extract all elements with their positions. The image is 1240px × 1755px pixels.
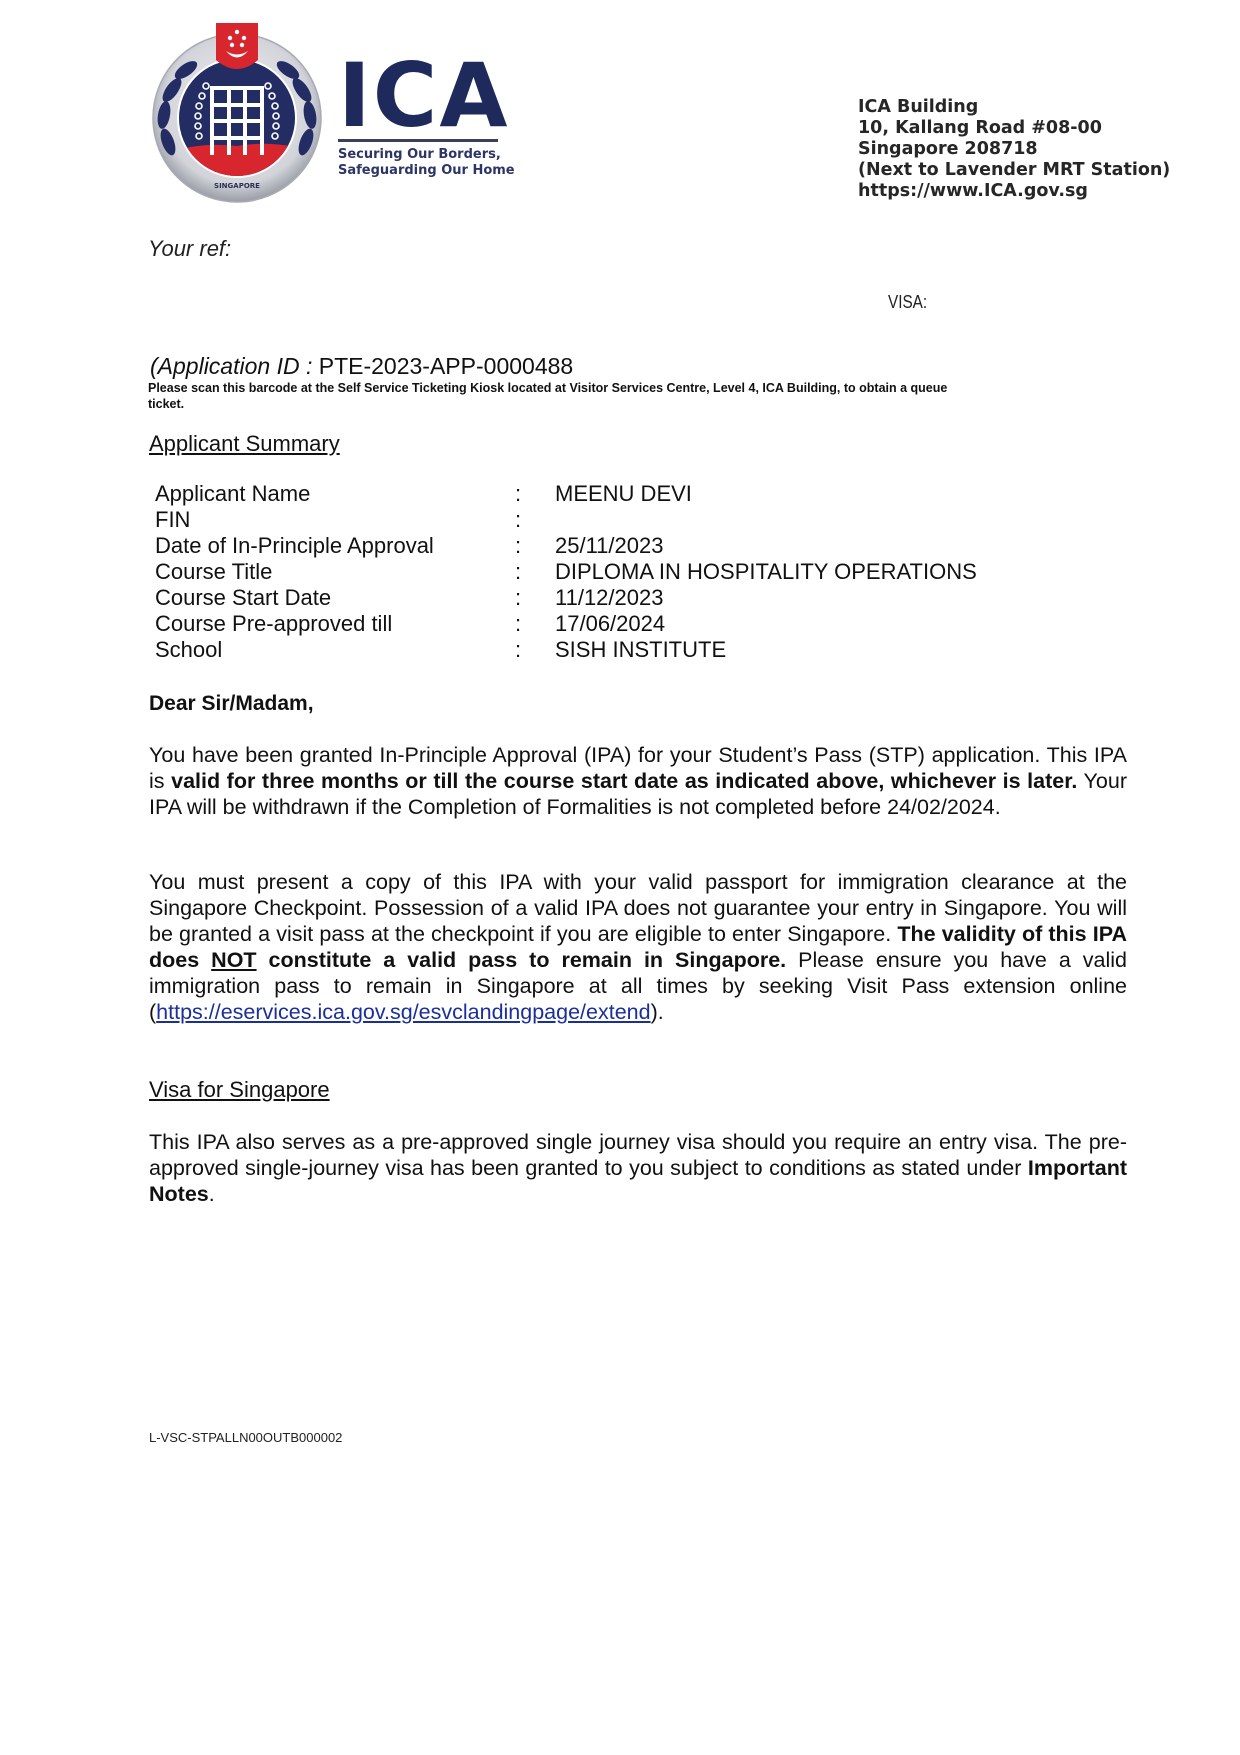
para2-bold-2: constitute a valid pass to remain in Sin… [257, 948, 787, 972]
summary-row: Course Pre-approved till:17/06/2024 [155, 611, 977, 637]
salutation: Dear Sir/Madam, [149, 692, 314, 716]
para1-validity-bold: valid for three months or till the cours… [171, 769, 1077, 793]
para3-period: . [209, 1182, 215, 1206]
summary-row: School:SISH INSTITUTE [155, 637, 977, 663]
tagline-line-1: Securing Our Borders, [338, 147, 515, 163]
summary-row: Applicant Name:MEENU DEVI [155, 481, 977, 507]
summary-label: FIN [155, 507, 515, 533]
summary-label: Course Start Date [155, 585, 515, 611]
address-line-2: 10, Kallang Road #08-00 [858, 118, 1170, 139]
application-id-separator: : [300, 353, 319, 379]
application-id-value: PTE-2023-APP-0000488 [319, 353, 573, 379]
document-code: L-VSC-STPALLN00OUTB000002 [149, 1430, 342, 1445]
visit-pass-extension-link[interactable]: https://eservices.ica.gov.sg/esvclanding… [156, 1000, 650, 1024]
immigration-clearance-paragraph: You must present a copy of this IPA with… [149, 869, 1127, 1025]
summary-separator: : [515, 481, 555, 507]
summary-value: 11/12/2023 [555, 585, 663, 611]
your-ref-label: Your ref: [148, 236, 231, 262]
address-website: https://www.ICA.gov.sg [858, 181, 1170, 202]
summary-label: Course Title [155, 559, 515, 585]
summary-label: Date of In-Principle Approval [155, 533, 515, 559]
ica-wordmark: ICA [338, 52, 509, 140]
applicant-summary-table: Applicant Name:MEENU DEVIFIN:Date of In-… [155, 481, 977, 663]
summary-value: MEENU DEVI [555, 481, 692, 507]
summary-label: School [155, 637, 515, 663]
logo-tagline: Securing Our Borders, Safeguarding Our H… [338, 147, 515, 179]
address-line-1: ICA Building [858, 97, 1170, 118]
tagline-line-2: Safeguarding Our Home [338, 163, 515, 179]
summary-value: 25/11/2023 [555, 533, 663, 559]
summary-separator: : [515, 533, 555, 559]
application-id-prefix: (Application ID [150, 353, 300, 379]
svg-text:SINGAPORE: SINGAPORE [214, 182, 260, 190]
visa-section-title: Visa for Singapore [149, 1077, 330, 1103]
summary-label: Course Pre-approved till [155, 611, 515, 637]
visa-label: VISA: [888, 292, 927, 313]
ipa-granted-paragraph: You have been granted In-Principle Appro… [149, 742, 1127, 820]
summary-separator: : [515, 559, 555, 585]
summary-value: SISH INSTITUTE [555, 637, 726, 663]
applicant-summary-title: Applicant Summary [149, 431, 340, 457]
summary-row: Date of In-Principle Approval:25/11/2023 [155, 533, 977, 559]
para2-closing: ). [651, 1000, 664, 1024]
address-line-3: Singapore 208718 [858, 139, 1170, 160]
address-line-4: (Next to Lavender MRT Station) [858, 160, 1170, 181]
para2-not-emphasis: NOT [211, 948, 256, 972]
application-id-line: (Application ID : PTE-2023-APP-0000488 [150, 353, 573, 380]
summary-separator: : [515, 507, 555, 533]
ica-crest-emblem-icon: SINGAPORE [150, 20, 325, 205]
barcode-scan-note: Please scan this barcode at the Self Ser… [148, 380, 968, 412]
summary-value: 17/06/2024 [555, 611, 665, 637]
office-address: ICA Building 10, Kallang Road #08-00 Sin… [858, 97, 1170, 202]
summary-label: Applicant Name [155, 481, 515, 507]
visa-paragraph: This IPA also serves as a pre-approved s… [149, 1129, 1127, 1207]
summary-separator: : [515, 611, 555, 637]
summary-row: FIN: [155, 507, 977, 533]
summary-separator: : [515, 637, 555, 663]
summary-row: Course Title:DIPLOMA IN HOSPITALITY OPER… [155, 559, 977, 585]
para3-text: This IPA also serves as a pre-approved s… [149, 1130, 1127, 1180]
summary-value: DIPLOMA IN HOSPITALITY OPERATIONS [555, 559, 977, 585]
summary-row: Course Start Date:11/12/2023 [155, 585, 977, 611]
logo-divider [338, 139, 498, 142]
summary-separator: : [515, 585, 555, 611]
